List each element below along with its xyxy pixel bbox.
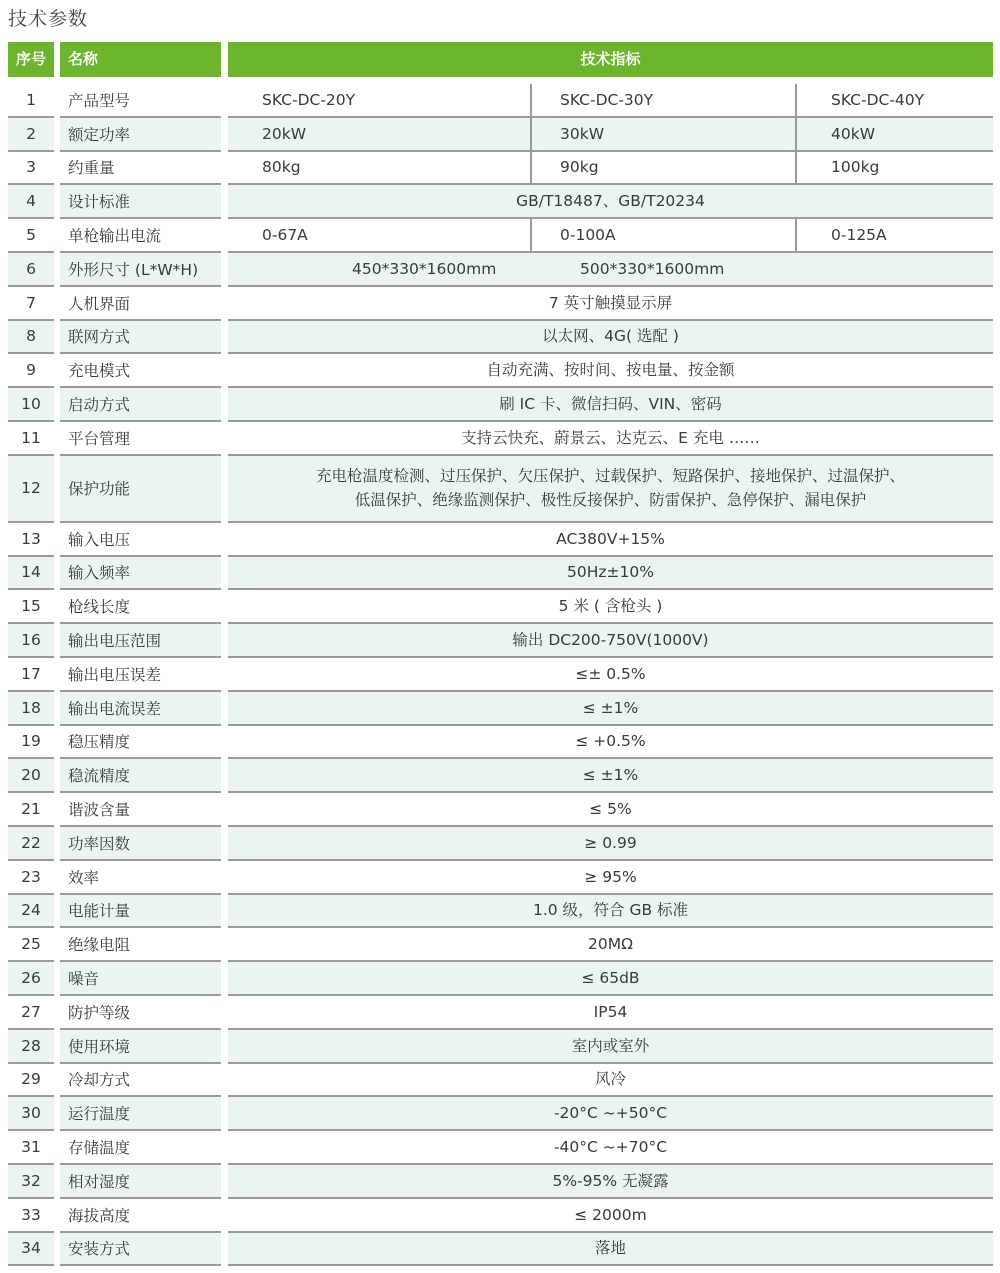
row-spec: 落地 — [228, 1233, 993, 1267]
row-name: 平台管理 — [60, 422, 221, 456]
row-name: 功率因数 — [60, 827, 221, 861]
page-title: 技术参数 — [8, 4, 88, 31]
row-name: 海拔高度 — [60, 1199, 221, 1233]
table-row: 27 防护等级 IP54 — [0, 996, 1000, 1030]
row-no: 4 — [8, 185, 54, 219]
table-header: 序号 名称 技术指标 — [0, 42, 1000, 77]
spec-20y: 80kg — [228, 152, 530, 184]
table-row: 9 充电模式 自动充满、按时间、按电量、按金额 — [0, 354, 1000, 388]
spec-30y: 90kg — [530, 152, 795, 184]
row-spec: 7 英寸触摸显示屏 — [228, 287, 993, 321]
spec-30y: SKC-DC-30Y — [530, 84, 795, 116]
spec-20y: 20kW — [228, 118, 530, 150]
row-name: 枪线长度 — [60, 590, 221, 624]
row-name: 防护等级 — [60, 996, 221, 1030]
row-name: 充电模式 — [60, 354, 221, 388]
row-no: 33 — [8, 1199, 54, 1233]
table-row: 34 安装方式 落地 — [0, 1233, 1000, 1267]
row-spec: 以太网、4G( 选配 ) — [228, 321, 993, 355]
spec-40y: 100kg — [795, 152, 993, 184]
row-no: 14 — [8, 557, 54, 591]
row-spec: GB/T18487、GB/T20234 — [228, 185, 993, 219]
row-no: 27 — [8, 996, 54, 1030]
row-name: 输出电压范围 — [60, 624, 221, 658]
row-no: 23 — [8, 861, 54, 895]
row-name: 使用环境 — [60, 1030, 221, 1064]
row-no: 3 — [8, 152, 54, 186]
row-spec: ≤ ±1% — [228, 759, 993, 793]
row-spec: SKC-DC-20Y SKC-DC-30Y SKC-DC-40Y — [228, 84, 993, 118]
table-row: 16 输出电压范围 输出 DC200-750V(1000V) — [0, 624, 1000, 658]
row-spec: IP54 — [228, 996, 993, 1030]
row-no: 16 — [8, 624, 54, 658]
table-row: 19 稳压精度 ≤ +0.5% — [0, 726, 1000, 760]
row-spec: ≤ 65dB — [228, 962, 993, 996]
table-row: 28 使用环境 室内或室外 — [0, 1030, 1000, 1064]
row-name: 冷却方式 — [60, 1064, 221, 1098]
row-spec: 支持云快充、蔚景云、达克云、E 充电 …… — [228, 422, 993, 456]
row-no: 7 — [8, 287, 54, 321]
row-spec: 80kg 90kg 100kg — [228, 152, 993, 186]
row-name: 产品型号 — [60, 84, 221, 118]
row-no: 9 — [8, 354, 54, 388]
row-name: 稳流精度 — [60, 759, 221, 793]
spec-40y: SKC-DC-40Y — [795, 84, 993, 116]
table-row: 1 产品型号 SKC-DC-20Y SKC-DC-30Y SKC-DC-40Y — [0, 84, 1000, 118]
row-no: 8 — [8, 321, 54, 355]
header-spec: 技术指标 — [228, 42, 993, 77]
row-spec: AC380V+15% — [228, 523, 993, 557]
dims-large: 500*330*1600mm — [580, 253, 724, 285]
row-name: 绝缘电阻 — [60, 928, 221, 962]
row-no: 22 — [8, 827, 54, 861]
table-row: 15 枪线长度 5 米 ( 含枪头 ) — [0, 590, 1000, 624]
row-name: 效率 — [60, 861, 221, 895]
row-spec: 50Hz±10% — [228, 557, 993, 591]
row-no: 20 — [8, 759, 54, 793]
row-no: 11 — [8, 422, 54, 456]
row-no: 12 — [8, 456, 54, 523]
table-row: 5 单枪输出电流 0-67A 0-100A 0-125A — [0, 219, 1000, 253]
row-name: 启动方式 — [60, 388, 221, 422]
table-row: 23 效率 ≥ 95% — [0, 861, 1000, 895]
table-row: 3 约重量 80kg 90kg 100kg — [0, 152, 1000, 186]
table-row: 22 功率因数 ≥ 0.99 — [0, 827, 1000, 861]
row-no: 24 — [8, 895, 54, 929]
row-spec: 1.0 级，符合 GB 标准 — [228, 895, 993, 929]
row-spec: 充电枪温度检测、过压保护、欠压保护、过载保护、短路保护、接地保护、过温保护、 低… — [228, 456, 993, 523]
row-name: 电能计量 — [60, 895, 221, 929]
table-row: 18 输出电流误差 ≤ ±1% — [0, 692, 1000, 726]
spec-30y: 30kW — [530, 118, 795, 150]
header-no: 序号 — [8, 42, 54, 77]
row-spec: ≤ 2000m — [228, 1199, 993, 1233]
table-row: 31 存储温度 -40°C ~+70°C — [0, 1131, 1000, 1165]
row-spec: 20kW 30kW 40kW — [228, 118, 993, 152]
row-spec: ≥ 95% — [228, 861, 993, 895]
protection-line-1: 充电枪温度检测、过压保护、欠压保护、过载保护、短路保护、接地保护、过温保护、 — [316, 464, 905, 488]
row-name: 输出电压误差 — [60, 658, 221, 692]
row-spec: 0-67A 0-100A 0-125A — [228, 219, 993, 253]
table-row: 4 设计标准 GB/T18487、GB/T20234 — [0, 185, 1000, 219]
row-name: 单枪输出电流 — [60, 219, 221, 253]
row-spec: 5%-95% 无凝露 — [228, 1165, 993, 1199]
row-name: 噪音 — [60, 962, 221, 996]
row-no: 19 — [8, 726, 54, 760]
row-name: 约重量 — [60, 152, 221, 186]
row-name: 设计标准 — [60, 185, 221, 219]
row-no: 18 — [8, 692, 54, 726]
row-no: 13 — [8, 523, 54, 557]
table-row: 21 谐波含量 ≤ 5% — [0, 793, 1000, 827]
row-name: 安装方式 — [60, 1233, 221, 1267]
spec-20y: SKC-DC-20Y — [228, 84, 530, 116]
table-row: 14 输入频率 50Hz±10% — [0, 557, 1000, 591]
row-no: 15 — [8, 590, 54, 624]
row-no: 17 — [8, 658, 54, 692]
header-name: 名称 — [60, 42, 221, 77]
row-no: 2 — [8, 118, 54, 152]
table-row: 29 冷却方式 风冷 — [0, 1064, 1000, 1098]
row-spec: 输出 DC200-750V(1000V) — [228, 624, 993, 658]
row-name: 外形尺寸 (L*W*H) — [60, 253, 221, 287]
row-name: 额定功率 — [60, 118, 221, 152]
spec-40y: 0-125A — [795, 219, 993, 251]
table-row: 25 绝缘电阻 20MΩ — [0, 928, 1000, 962]
table-row: 6 外形尺寸 (L*W*H) 450*330*1600mm 500*330*16… — [0, 253, 1000, 287]
spec-table-body: 1 产品型号 SKC-DC-20Y SKC-DC-30Y SKC-DC-40Y … — [0, 84, 1000, 1266]
row-spec: 室内或室外 — [228, 1030, 993, 1064]
row-no: 1 — [8, 84, 54, 118]
table-row: 13 输入电压 AC380V+15% — [0, 523, 1000, 557]
row-spec: ≤ 5% — [228, 793, 993, 827]
row-spec: ≤ +0.5% — [228, 726, 993, 760]
row-no: 34 — [8, 1233, 54, 1267]
row-no: 31 — [8, 1131, 54, 1165]
row-spec: 450*330*1600mm 500*330*1600mm — [228, 253, 993, 287]
table-row: 20 稳流精度 ≤ ±1% — [0, 759, 1000, 793]
table-row: 26 噪音 ≤ 65dB — [0, 962, 1000, 996]
row-spec: 刷 IC 卡、微信扫码、VIN、密码 — [228, 388, 993, 422]
table-row: 30 运行温度 -20°C ~+50°C — [0, 1097, 1000, 1131]
table-row: 33 海拔高度 ≤ 2000m — [0, 1199, 1000, 1233]
row-spec: ≥ 0.99 — [228, 827, 993, 861]
row-name: 人机界面 — [60, 287, 221, 321]
table-row: 24 电能计量 1.0 级，符合 GB 标准 — [0, 895, 1000, 929]
row-name: 相对湿度 — [60, 1165, 221, 1199]
row-name: 保护功能 — [60, 456, 221, 523]
table-row: 10 启动方式 刷 IC 卡、微信扫码、VIN、密码 — [0, 388, 1000, 422]
table-row: 11 平台管理 支持云快充、蔚景云、达克云、E 充电 …… — [0, 422, 1000, 456]
row-no: 5 — [8, 219, 54, 253]
row-no: 28 — [8, 1030, 54, 1064]
row-name: 稳压精度 — [60, 726, 221, 760]
table-row: 2 额定功率 20kW 30kW 40kW — [0, 118, 1000, 152]
spec-20y: 0-67A — [228, 219, 530, 251]
row-no: 30 — [8, 1097, 54, 1131]
spec-40y: 40kW — [795, 118, 993, 150]
row-name: 输入频率 — [60, 557, 221, 591]
row-no: 29 — [8, 1064, 54, 1098]
row-no: 26 — [8, 962, 54, 996]
row-no: 10 — [8, 388, 54, 422]
protection-line-2: 低温保护、绝缘监测保护、极性反接保护、防雷保护、急停保护、漏电保护 — [355, 488, 867, 512]
row-name: 联网方式 — [60, 321, 221, 355]
row-spec: ≤± 0.5% — [228, 658, 993, 692]
row-spec: -40°C ~+70°C — [228, 1131, 993, 1165]
dims-small: 450*330*1600mm — [352, 253, 496, 285]
row-spec: ≤ ±1% — [228, 692, 993, 726]
row-spec: -20°C ~+50°C — [228, 1097, 993, 1131]
table-row: 7 人机界面 7 英寸触摸显示屏 — [0, 287, 1000, 321]
table-row: 32 相对湿度 5%-95% 无凝露 — [0, 1165, 1000, 1199]
row-name: 运行温度 — [60, 1097, 221, 1131]
table-row: 8 联网方式 以太网、4G( 选配 ) — [0, 321, 1000, 355]
row-name: 谐波含量 — [60, 793, 221, 827]
row-no: 6 — [8, 253, 54, 287]
row-no: 32 — [8, 1165, 54, 1199]
row-no: 21 — [8, 793, 54, 827]
row-spec: 5 米 ( 含枪头 ) — [228, 590, 993, 624]
row-name: 输入电压 — [60, 523, 221, 557]
row-spec: 风冷 — [228, 1064, 993, 1098]
spec-30y: 0-100A — [530, 219, 795, 251]
row-spec: 自动充满、按时间、按电量、按金额 — [228, 354, 993, 388]
row-name: 输出电流误差 — [60, 692, 221, 726]
row-name: 存储温度 — [60, 1131, 221, 1165]
row-no: 25 — [8, 928, 54, 962]
row-spec: 20MΩ — [228, 928, 993, 962]
table-row: 12 保护功能 充电枪温度检测、过压保护、欠压保护、过载保护、短路保护、接地保护… — [0, 456, 1000, 523]
table-row: 17 输出电压误差 ≤± 0.5% — [0, 658, 1000, 692]
